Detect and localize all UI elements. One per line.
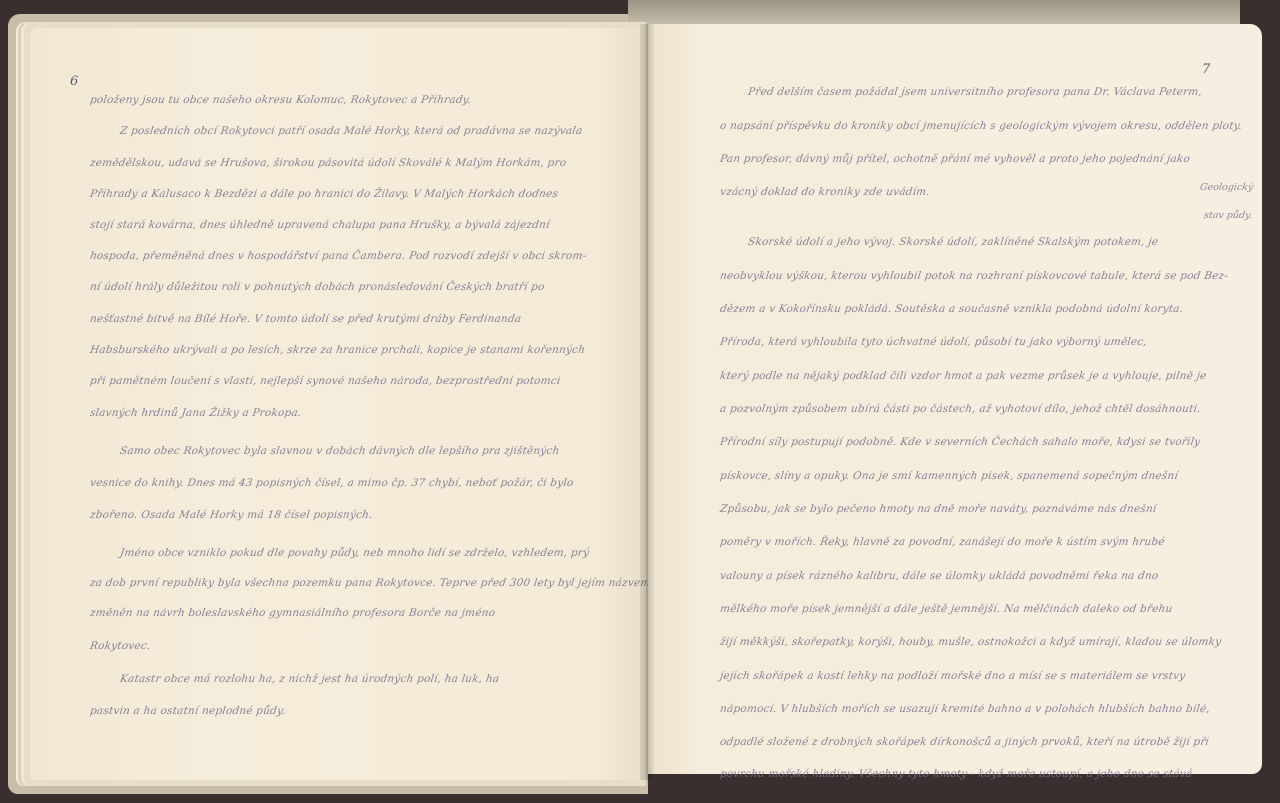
handwritten-line: Rokytovec. [89,640,611,652]
page-number-left: 6 [70,74,78,89]
handwritten-line: Přihrady a Kalusaco k Bezdězi a dále po … [89,188,611,200]
handwritten-line: Katastr obce má rozlohu ha, z nichž jest… [119,673,641,685]
handwritten-line: položeny jsou tu obce našeho okresu Kolo… [89,94,611,106]
handwritten-line: Před delším časem požádal jsem universit… [747,86,1203,98]
handwritten-line: Skorské údolí a jeho vývoj. Skorské údol… [747,236,1159,248]
handwritten-line: Samo obec Rokytovec byla slavnou v dobác… [119,445,641,457]
handwritten-line: slavných hrdinů Jana Žižky a Prokopa. [89,407,611,419]
handwritten-line: zemědělskou, udavá se Hrušova, širokou p… [89,157,611,169]
handwritten-line: při pamětném loučení s vlastí, nejlepší … [89,375,611,387]
handwritten-line: pískovce, slíny a opuky. Ona je smí kame… [719,470,1179,482]
handwritten-line: za dob první republiky byla všechna poze… [89,577,611,589]
handwritten-line: hospoda, přeměněná dnes v hospodářství p… [89,250,611,262]
page-number-right: 7 [1202,62,1210,77]
handwritten-line: Pan profesor, dávný můj přítel, ochotně … [719,153,1191,165]
handwritten-line: valouny a písek rázného kalibru, dále se… [719,570,1159,582]
handwritten-line: jejich skořápek a kostí lehky na podloží… [719,670,1186,682]
handwritten-line: Jméno obce vzniklo pokud dle povahy půdy… [119,547,641,559]
margin-note-2: stav půdy. [1203,210,1253,221]
handwritten-line: odpadlé složené z drobných skořápek dírk… [719,736,1210,748]
handwritten-line: žijí měkkýši, skořepatky, korýši, houby,… [719,636,1222,648]
handwritten-line: a pozvolným způsobem ubírá části po část… [719,403,1201,415]
handwritten-line: neobvyklou výškou, kterou vyhloubil poto… [719,270,1229,282]
handwritten-line: Habsburského ukrývali a po lesích, skrze… [89,344,611,356]
handwritten-line: změněn na návrh boleslavského gymnasiáln… [89,607,611,619]
handwritten-line: mělkého moře písek jemnější a dále ještě… [719,603,1173,615]
handwritten-line: který podle na nějaký podklad čili vzdor… [719,370,1207,382]
handwritten-line: pastvin a ha ostatní neplodné půdy. [89,705,611,717]
handwritten-line: o napsání příspěvku do kroniky obcí jmen… [719,120,1243,132]
handwritten-line: Přírodní síly postupují podobně. Kde v s… [719,436,1201,448]
book-gutter [640,24,654,780]
margin-note-1: Geologický [1199,182,1254,193]
handwritten-line: povrchu mořské hladiny. Všechny tyto hmo… [719,768,1193,780]
handwritten-line: vzácný doklad do kroniky zde uvádím. [719,186,931,198]
right-page: 7 Geologický stav půdy. Před delším čase… [648,24,1262,774]
handwritten-line: ní údolí hrály důležitou roli v pohnutýc… [89,281,611,293]
handwritten-line: Z posledních obcí Rokytovci patří osada … [119,125,641,137]
handwritten-line: nešťastné bitvě na Bílé Hoře. V tomto úd… [89,313,611,325]
handwritten-line: zbořeno. Osada Malé Horky má 18 čísel po… [89,509,611,521]
handwritten-line: stojí stará kovárna, dnes úhledně uprave… [89,219,611,231]
left-page: 6 položeny jsou tu obce našeho okresu Ko… [30,28,646,780]
handwritten-line: Příroda, která vyhloubila tyto úchvatné … [719,336,1148,348]
handwritten-line: dězem a v Kokořínsku pokládá. Soutěska a… [719,303,1184,315]
handwritten-line: poměry v mořích. Řeky, hlavně za povodní… [719,536,1165,548]
handwritten-line: nápomocí. V hlubších mořích se usazují k… [719,703,1211,715]
handwritten-line: vesnice do knihy. Dnes má 43 popisných č… [89,477,611,489]
handwritten-line: Způsobu, jak se bylo pečeno hmoty na dně… [719,503,1157,515]
